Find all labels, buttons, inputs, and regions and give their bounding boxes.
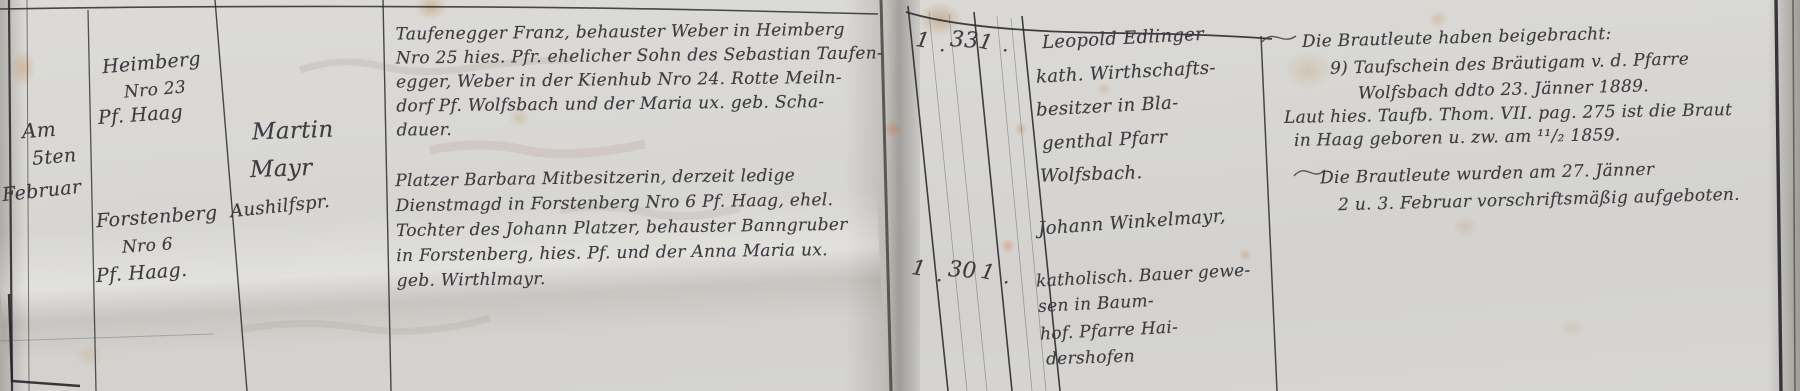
marriage-register-scan: Am 5ten Februar Heimberg Nro 23 Pf. Haag… [0,0,1800,391]
witness-first-line: Wolfsbach. [1040,162,1143,187]
groom-stats-dot: · [939,38,946,62]
groom-description: Taufenegger Franz, behauster Weber in He… [395,17,883,142]
date-line-2: 5ten [31,144,77,170]
groom-last-name: Mayr [250,155,313,183]
bride-stats-dot: · [936,268,943,292]
date-line-1: Am [21,117,57,143]
groom-description-line: dauer. [396,113,883,142]
bride-description: Platzer Barbara Mitbesitzerin, derzeit l… [395,163,848,294]
bride-age-value: 30 [947,257,977,284]
groom-age-value: 33 [949,27,979,54]
groom-stats-dot: · [1002,38,1009,62]
bride-residence-number: Nro 6 [121,234,173,258]
witness-second-line: dershofen [1046,346,1136,369]
bride-stats-dot: · [1003,270,1010,294]
groom-first-name: Martin [252,117,334,146]
